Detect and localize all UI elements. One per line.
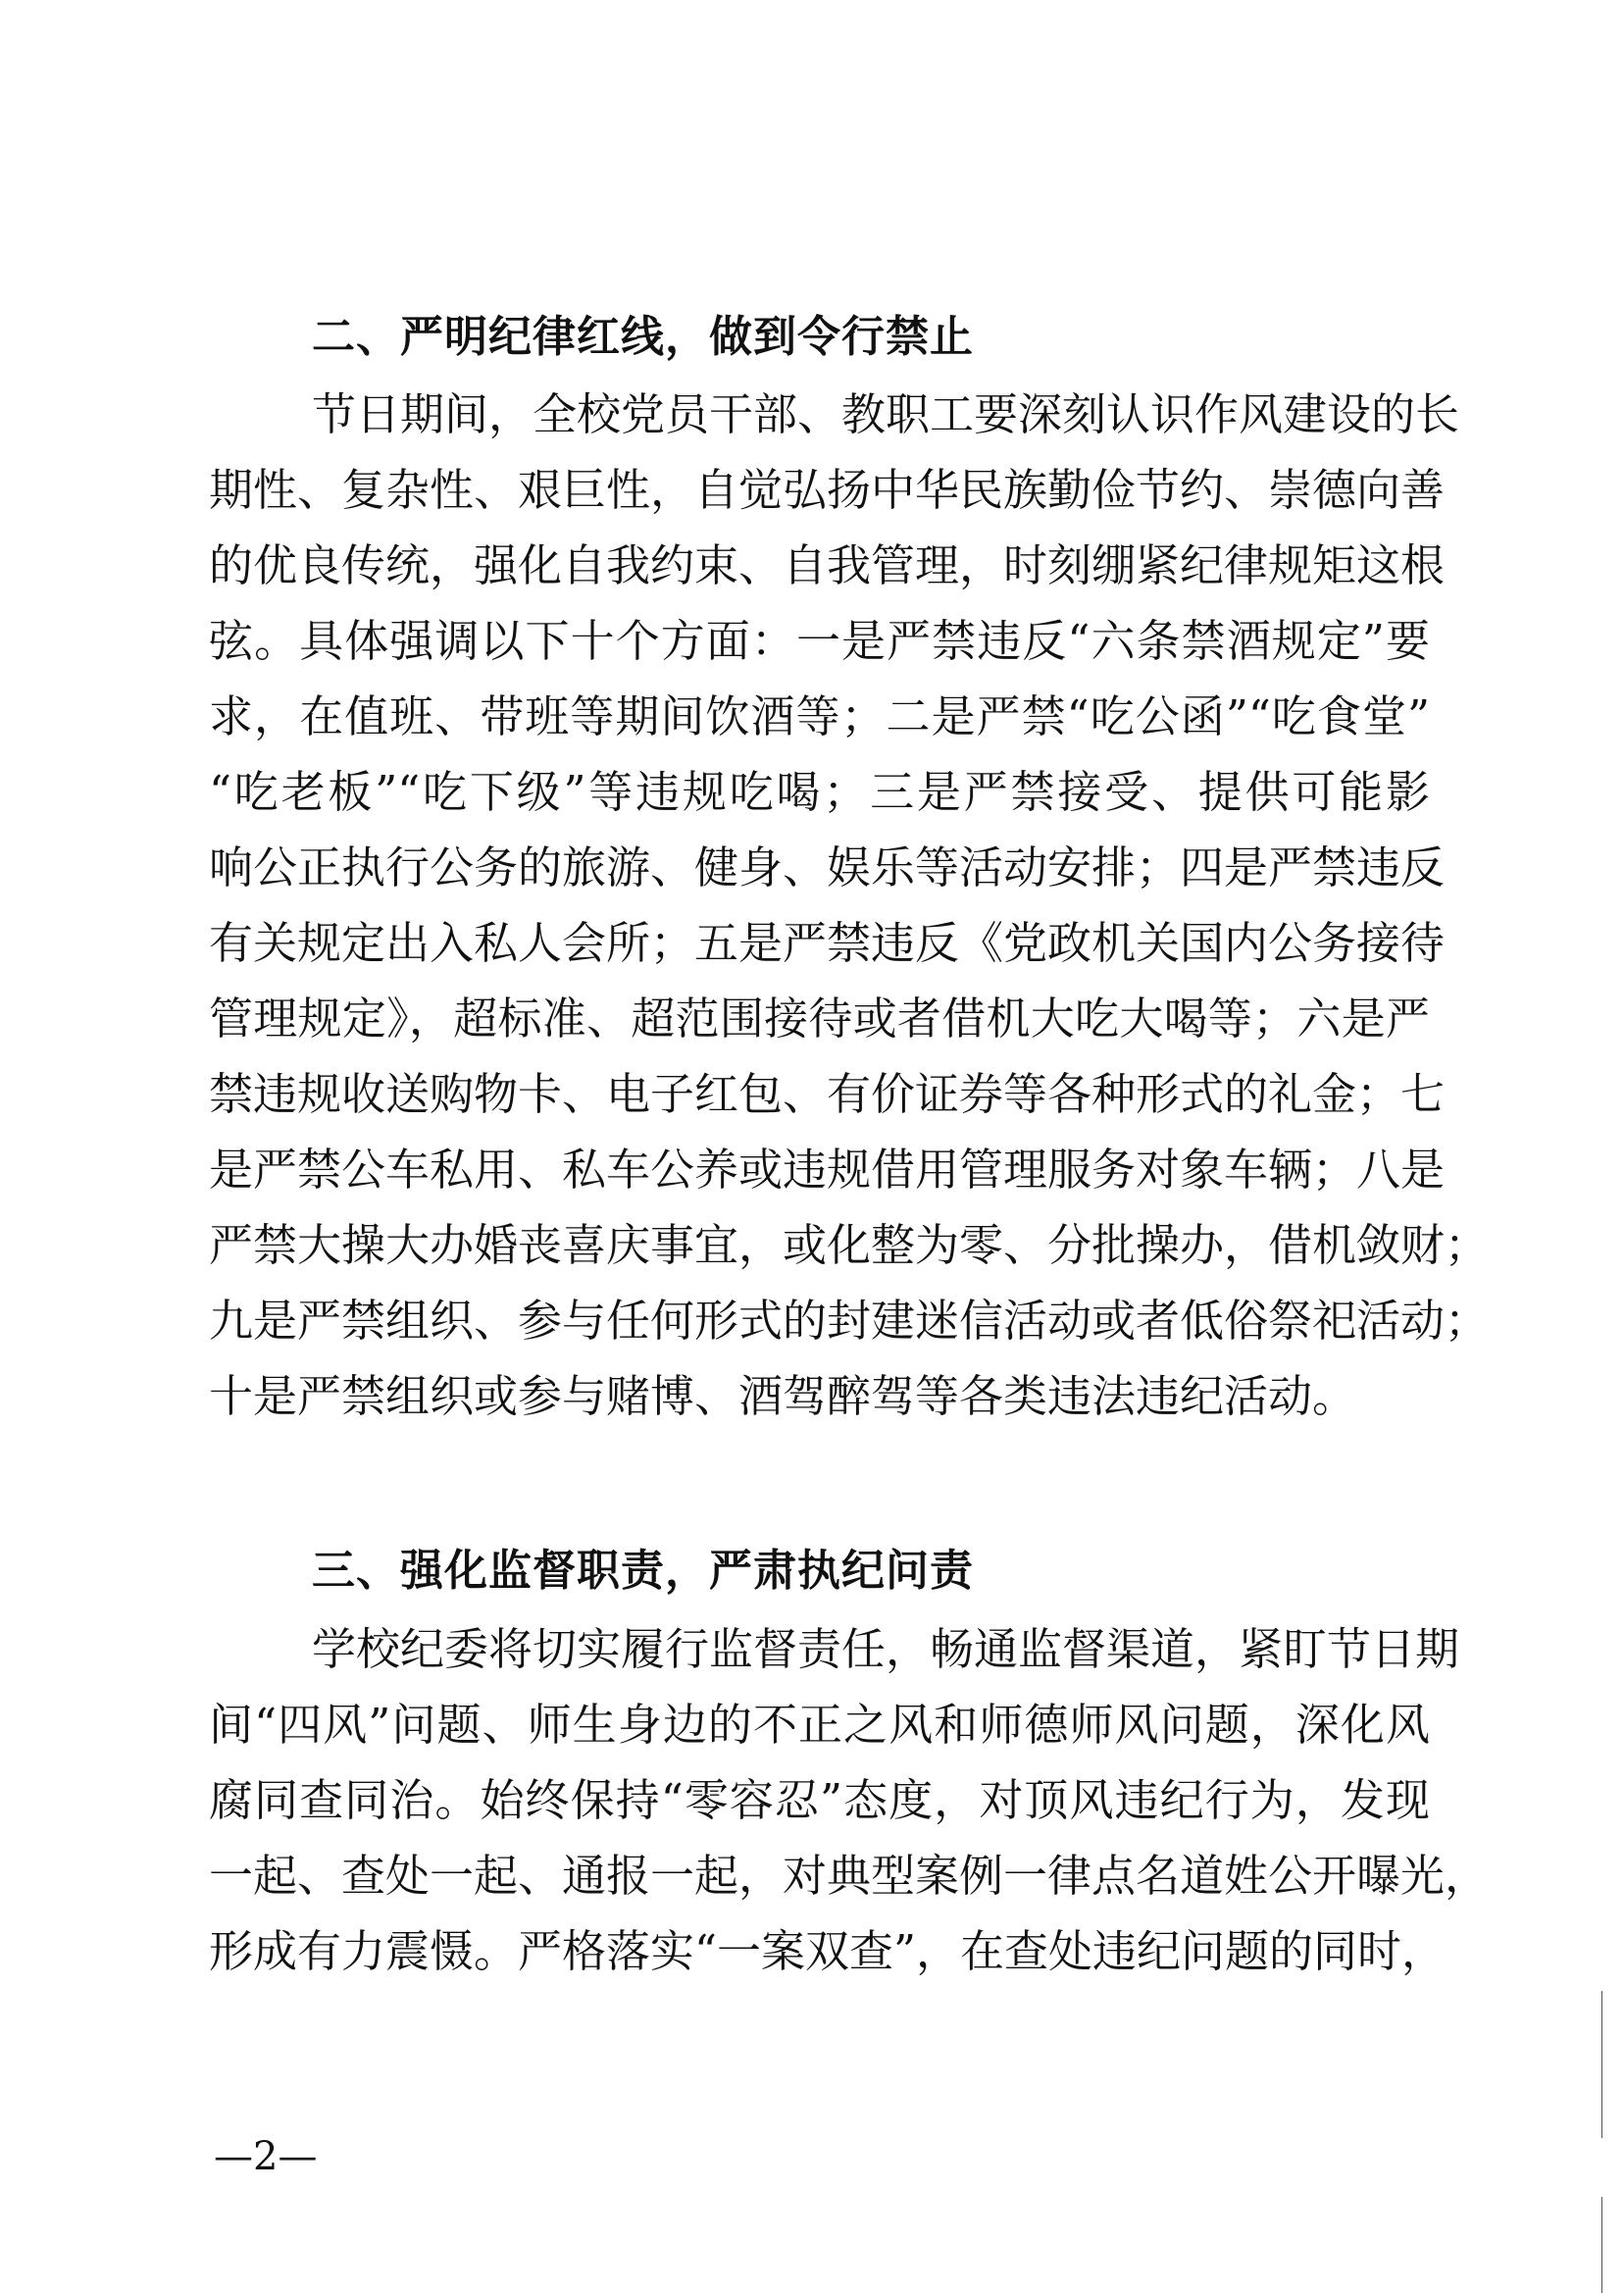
paragraph-line: 九是严禁组织、参与任何形式的封建迷信活动或者低俗祭祀活动； bbox=[209, 1292, 1430, 1350]
paragraph-line: 的优良传统，强化自我约束、自我管理，时刻绷紧纪律规矩这根 bbox=[209, 536, 1430, 595]
paragraph-line: 管理规定》，超标准、超范围接待或者借机大吃大喝等；六是严 bbox=[209, 990, 1430, 1048]
paragraph-line: 间“四风”问题、师生身边的不正之风和师德师风问题，深化风 bbox=[209, 1696, 1430, 1755]
scan-edge-mark bbox=[1601, 1991, 1602, 2138]
paragraph-line: 形成有力震慑。严格落实“一案双查”，在查处违纪问题的同时， bbox=[209, 1922, 1430, 1981]
paragraph-line: 禁违规收送购物卡、电子红包、有价证券等各种形式的礼金；七 bbox=[209, 1065, 1430, 1124]
paragraph-line: 学校纪委将切实履行监督责任，畅通监督渠道，紧盯节日期 bbox=[312, 1620, 1430, 1679]
paragraph-line: 一起、查处一起、通报一起，对典型案例一律点名道姓公开曝光， bbox=[209, 1847, 1430, 1906]
paragraph-line: 弦。具体强调以下十个方面：一是严禁违反“六条禁酒规定”要 bbox=[209, 612, 1430, 671]
paragraph-line: 节日期间，全校党员干部、教职工要深刻认识作风建设的长 bbox=[312, 385, 1430, 444]
paragraph-line: 是严禁公车私用、私车公养或违规借用管理服务对象车辆；八是 bbox=[209, 1141, 1430, 1199]
paragraph-line: 求，在值班、带班等期间饮酒等；二是严禁“吃公函”“吃食堂” bbox=[209, 688, 1430, 746]
section-heading-3: 三、强化监督职责，严肃执纪问责 bbox=[312, 1542, 974, 1601]
paragraph-line: 腐同查同治。始终保持“零容忍”态度，对顶风违纪行为，发现 bbox=[209, 1771, 1430, 1830]
page-number: —2— bbox=[214, 2132, 317, 2181]
paragraph-line: 严禁大操大办婚丧喜庆事宜，或化整为零、分批操办，借机敛财； bbox=[209, 1216, 1430, 1275]
document-page: 二、严明纪律红线，做到令行禁止 节日期间，全校党员干部、教职工要深刻认识作风建设… bbox=[0, 0, 1624, 2293]
scan-edge-mark bbox=[1601, 2197, 1602, 2293]
paragraph-line: 有关规定出入私人会所；五是严禁违反《党政机关国内公务接待 bbox=[209, 914, 1430, 973]
paragraph-line: 响公正执行公务的旅游、健身、娱乐等活动安排；四是严禁违反 bbox=[209, 839, 1430, 897]
paragraph-line: “吃老板”“吃下级”等违规吃喝；三是严禁接受、提供可能影 bbox=[209, 763, 1430, 822]
paragraph-line: 十是严禁组织或参与赌博、酒驾醉驾等各类违法违纪活动。 bbox=[209, 1367, 1430, 1426]
section-heading-2: 二、严明纪律红线，做到令行禁止 bbox=[312, 308, 974, 367]
paragraph-line: 期性、复杂性、艰巨性，自觉弘扬中华民族勤俭节约、崇德向善 bbox=[209, 461, 1430, 520]
